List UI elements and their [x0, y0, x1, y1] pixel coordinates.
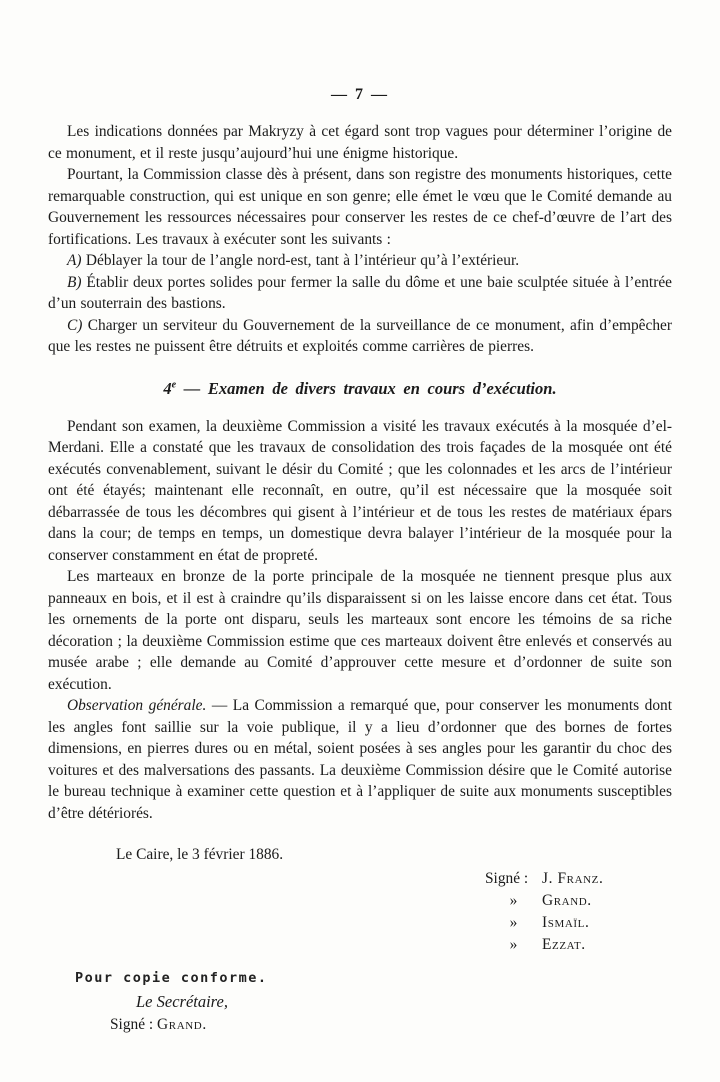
secretary-signed-line: Signé : Grand. [110, 1016, 672, 1034]
paragraph-intro: Les indications données par Makryzy à ce… [48, 121, 672, 164]
list-item-c-text: Charger un serviteur du Gouvernement de … [48, 317, 672, 356]
document-page: — 7 — Les indications données par Makryz… [0, 0, 720, 1082]
list-item-b: B) Établir deux portes solides pour ferm… [48, 272, 672, 315]
observation-text: — La Commission a remarqué que, pour con… [48, 697, 672, 822]
section-number: 4 [163, 379, 171, 398]
signature-name: Grand. [542, 890, 672, 912]
paragraph-observation: Observation générale. — La Commission a … [48, 695, 672, 824]
paragraph-marteaux: Les marteaux en bronze de la porte princ… [48, 566, 672, 695]
ditto-mark: » [485, 912, 542, 934]
signature-label: Signé : [485, 868, 542, 890]
section-ordinal: e [172, 379, 176, 390]
signature-name: Ezzat. [542, 934, 672, 956]
dateline: Le Caire, le 3 février 1886. [116, 846, 672, 864]
signed-name: Grand. [157, 1016, 207, 1033]
copy-conforme-line: Pour copie conforme. [75, 970, 672, 986]
list-item-b-text: Établir deux portes solides pour fermer … [48, 274, 672, 313]
secretary-line: Le Secrétaire, [136, 992, 672, 1012]
page-number: — 7 — [48, 86, 672, 104]
signature-row: » Ezzat. [485, 934, 672, 956]
section-heading: 4e — Examen de divers travaux en cours d… [48, 379, 672, 399]
signature-row: Signé : J. Franz. [485, 868, 672, 890]
signature-name: J. Franz. [542, 868, 672, 890]
list-item-a-text: Déblayer la tour de l’angle nord-est, ta… [86, 252, 519, 269]
paragraph-mosquee: Pendant son examen, la deuxième Commissi… [48, 416, 672, 567]
list-item-b-marker: B) [67, 274, 82, 291]
ditto-mark: » [485, 890, 542, 912]
signature-row: » Ismaïl. [485, 912, 672, 934]
signature-block: Signé : J. Franz. » Grand. » Ismaïl. » E… [485, 868, 672, 956]
list-item-a: A) Déblayer la tour de l’angle nord-est,… [48, 250, 672, 272]
list-item-c: C) Charger un serviteur du Gouvernement … [48, 315, 672, 358]
signed-label: Signé : [110, 1016, 153, 1033]
list-item-a-marker: A) [67, 252, 82, 269]
paragraph-classement: Pourtant, la Commission classe dès à pré… [48, 164, 672, 250]
ditto-mark: » [485, 934, 542, 956]
signature-row: » Grand. [485, 890, 672, 912]
observation-lead: Observation générale. [67, 697, 206, 714]
signature-name: Ismaïl. [542, 912, 672, 934]
list-item-c-marker: C) [67, 317, 82, 334]
section-title: — Examen de divers travaux en cours d’ex… [184, 379, 557, 398]
